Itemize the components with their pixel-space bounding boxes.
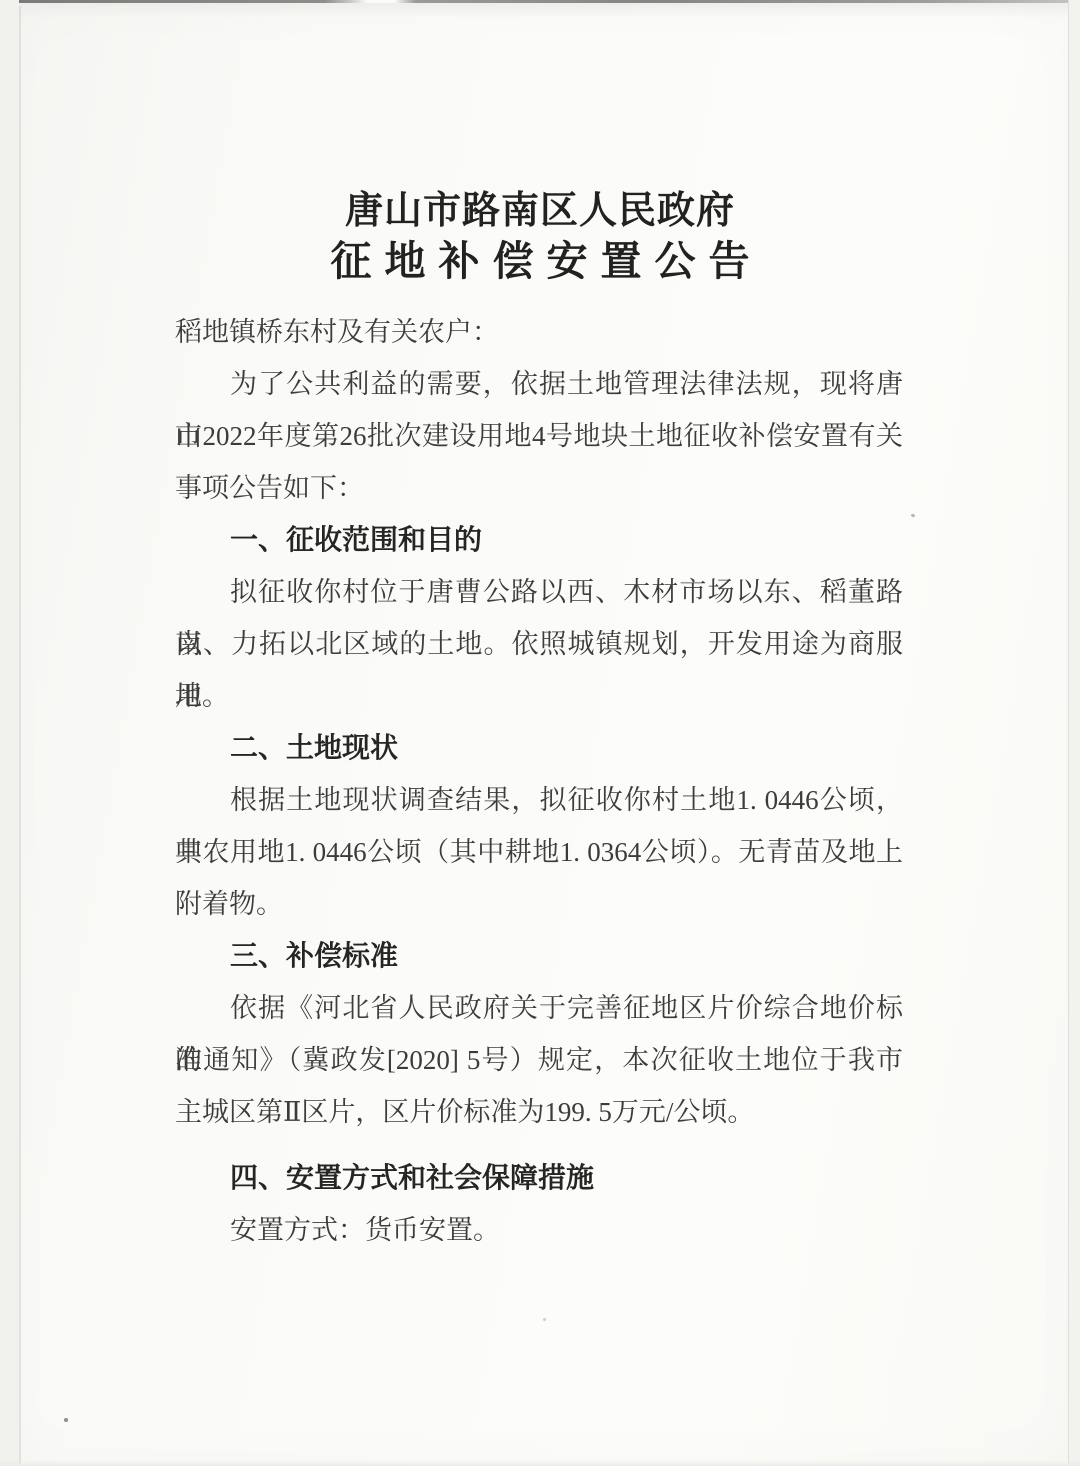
scan-speck — [543, 1318, 546, 1321]
scanned-document-page: 唐山市路南区人民政府 征地补偿安置公告 稻地镇桥东村及有关农户： 为了公共利益的… — [0, 0, 1080, 1466]
section-3-heading: 三、补偿标准 — [175, 930, 903, 982]
paragraph-line: 地。 — [175, 670, 903, 722]
paragraph-line: 拟征收你村位于唐曹公路以西、木材市场以东、稻董路以 — [175, 566, 903, 618]
scan-speck — [64, 1418, 68, 1422]
paragraph-line: 根据土地现状调查结果，拟征收你村土地1. 0446公顷，其 — [175, 774, 903, 826]
document-body: 稻地镇桥东村及有关农户： 为了公共利益的需要，依据土地管理法律法规，现将唐山 市… — [175, 306, 903, 1256]
paragraph-line: 中农用地1. 0446公顷（其中耕地1. 0364公顷）。无青苗及地上 — [175, 826, 903, 878]
scan-speck — [911, 513, 916, 517]
paragraph-line: 事项公告如下： — [175, 462, 903, 514]
document-title-line2: 征地补偿安置公告 — [0, 228, 1080, 287]
section-4-heading: 四、安置方式和社会保障措施 — [175, 1152, 903, 1204]
paragraph-line: 主城区第Ⅱ区片，区片价标准为199. 5万元/公顷。 — [175, 1086, 903, 1138]
section-2-heading: 二、土地现状 — [175, 722, 903, 774]
salutation-line: 稻地镇桥东村及有关农户： — [175, 306, 903, 358]
document-title-line1: 唐山市路南区人民政府 — [0, 179, 1080, 234]
paragraph-line: 的通知》（冀政发[2020] 5号）规定，本次征收土地位于我市 — [175, 1034, 903, 1086]
paragraph-line: 安置方式：货币安置。 — [175, 1204, 903, 1256]
paragraph-line: 附着物。 — [175, 878, 903, 930]
section-1-heading: 一、征收范围和目的 — [175, 514, 903, 566]
scan-edge-bottom-band — [0, 1460, 1080, 1466]
paragraph-line: 市2022年度第26批次建设用地4号地块土地征收补偿安置有关 — [175, 410, 903, 462]
paragraph-line: 依据《河北省人民政府关于完善征地区片价综合地价标准 — [175, 982, 903, 1034]
scan-edge-top-band — [0, 3, 1080, 18]
paragraph-line: 为了公共利益的需要，依据土地管理法律法规，现将唐山 — [175, 358, 903, 410]
paragraph-line: 南、力拓以北区域的土地。依照城镇规划，开发用途为商服用 — [175, 618, 903, 670]
